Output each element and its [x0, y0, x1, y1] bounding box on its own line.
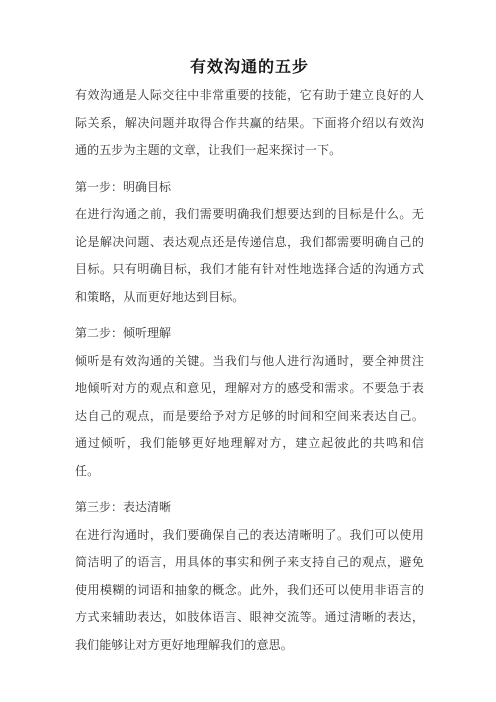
- section-step-3: 第三步：表达清晰 在进行沟通时，我们要确保自己的表达清晰明了。我们可以使用简洁明…: [75, 494, 424, 659]
- section-heading-step-3: 第三步：表达清晰: [75, 494, 424, 522]
- section-body-step-1: 在进行沟通之前，我们需要明确我们想要达到的目标是什么。无论是解决问题、表达观点还…: [75, 201, 424, 311]
- section-step-1: 第一步：明确目标 在进行沟通之前，我们需要明确我们想要达到的目标是什么。无论是解…: [75, 174, 424, 312]
- section-heading-step-2: 第二步：倾听理解: [75, 320, 424, 348]
- document-title: 有效沟通的五步: [75, 52, 424, 82]
- intro-paragraph: 有效沟通是人际交往中非常重要的技能，它有助于建立良好的人际关系，解决问题并取得合…: [75, 82, 424, 165]
- section-body-step-3: 在进行沟通时，我们要确保自己的表达清晰明了。我们可以使用简洁明了的语言，用具体的…: [75, 522, 424, 660]
- section-step-2: 第二步：倾听理解 倾听是有效沟通的关键。当我们与他人进行沟通时，要全神贯注地倾听…: [75, 320, 424, 485]
- section-body-step-2: 倾听是有效沟通的关键。当我们与他人进行沟通时，要全神贯注地倾听对方的观点和意见，…: [75, 348, 424, 486]
- document-page: 有效沟通的五步 有效沟通是人际交往中非常重要的技能，它有助于建立良好的人际关系，…: [0, 0, 496, 702]
- section-heading-step-1: 第一步：明确目标: [75, 174, 424, 202]
